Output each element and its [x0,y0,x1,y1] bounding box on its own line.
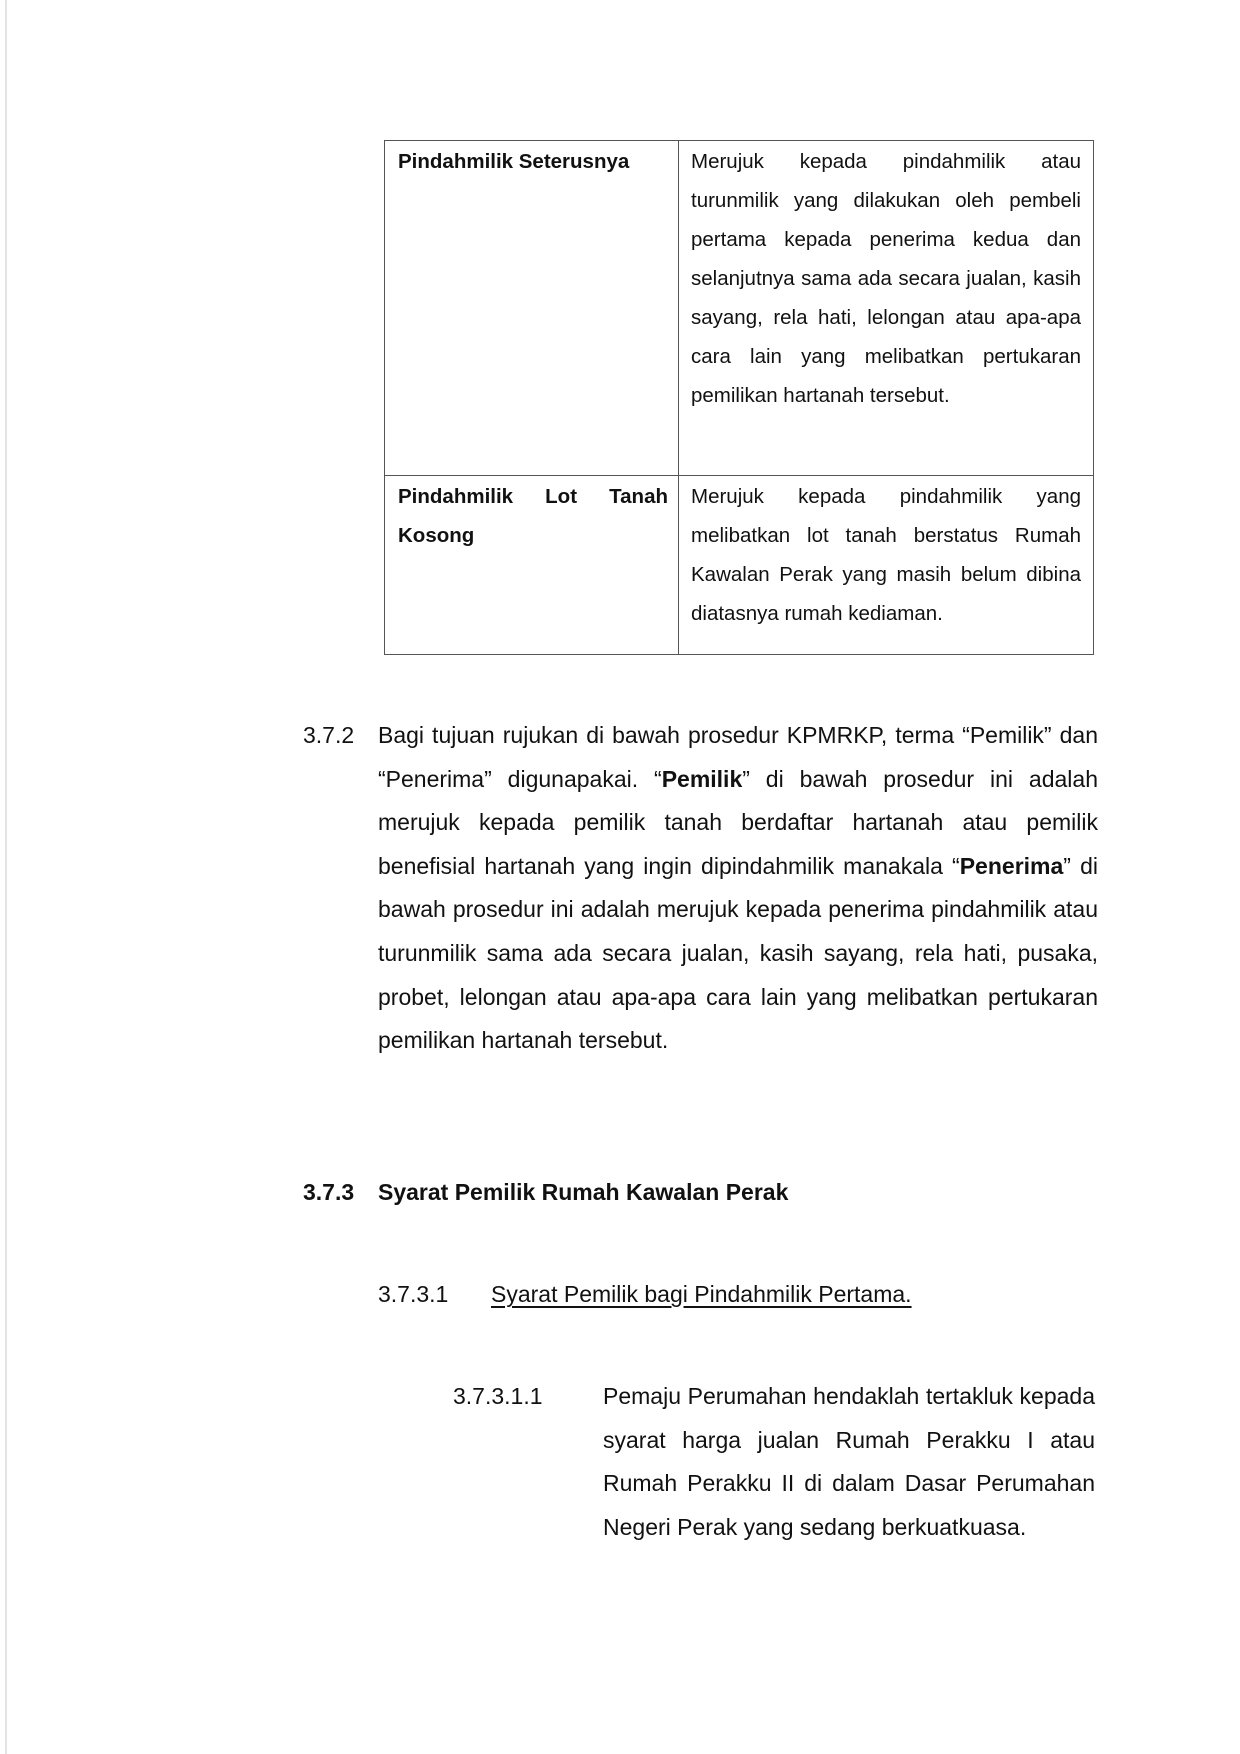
term-penerima: Penerima [960,853,1064,879]
term-pemilik: Pemilik [662,766,743,792]
subsection-title: Syarat Pemilik bagi Pindahmilik Pertama. [491,1273,1051,1317]
section-number: 3.7.3 [303,1171,354,1215]
table-row: Pindahmilik Seterusnya Merujuk kepada pi… [385,141,1094,476]
section-number: 3.7.3.1.1 [453,1375,543,1419]
page-edge [5,0,7,1754]
definition-table: Pindahmilik Seterusnya Merujuk kepada pi… [384,140,1094,655]
term-cell: Pindahmilik Seterusnya [385,141,679,476]
section-title: Syarat Pemilik Rumah Kawalan Perak [378,1171,1078,1215]
paragraph-text: Bagi tujuan rujukan di bawah prosedur KP… [378,714,1098,1063]
text-run: ” di bawah prosedur ini adalah merujuk k… [378,853,1098,1053]
paragraph-text: Pemaju Perumahan hendaklah tertakluk kep… [603,1375,1095,1549]
section-number: 3.7.3.1 [378,1273,448,1317]
term-cell: Pindahmilik Lot Tanah Kosong [385,476,679,655]
definition-cell: Merujuk kepada pindahmilik yang melibatk… [679,476,1094,655]
table-row: Pindahmilik Lot Tanah Kosong Merujuk kep… [385,476,1094,655]
section-number: 3.7.2 [303,714,354,758]
definition-cell: Merujuk kepada pindahmilik atau turunmil… [679,141,1094,476]
